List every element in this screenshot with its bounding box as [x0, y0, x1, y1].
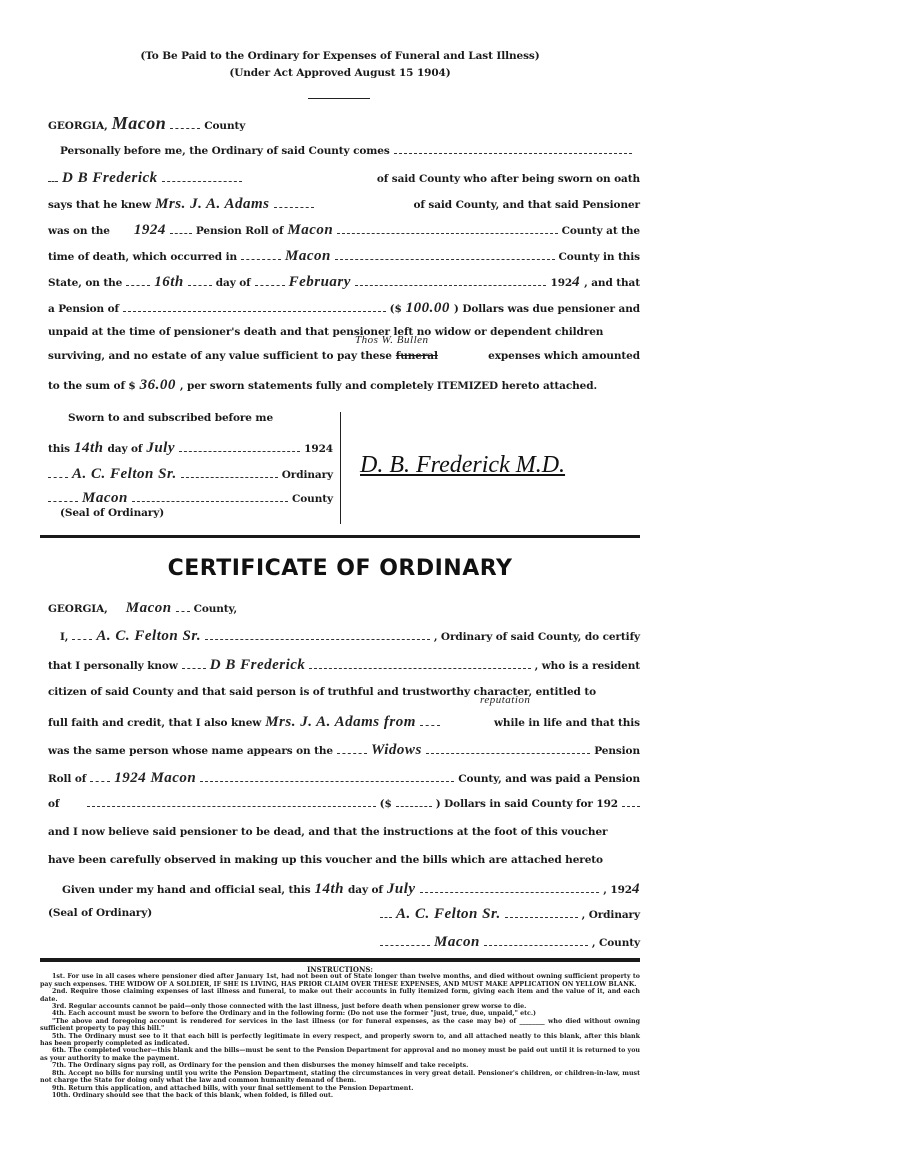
- cert-ordinary-handwritten: A. C. Felton Sr.: [96, 628, 201, 645]
- affidavit-line-affiant: D B Frederick of said County who after b…: [48, 170, 640, 187]
- certificate-county-line: GEORGIA, Macon County,: [48, 600, 640, 617]
- affidavit-line-roll: was on the 1924 Pension Roll of Macon Co…: [48, 222, 640, 239]
- sworn-year: 1924: [304, 443, 333, 455]
- affidavit-line-date: State, on the 16th day of February 1924,…: [48, 274, 640, 291]
- instruction-item: 7th. The Ordinary signs pay roll, as Ord…: [40, 1062, 640, 1069]
- affidavit-county-line: GEORGIA, Macon County: [48, 113, 640, 134]
- instruction-item: 6th. The completed voucher—this blank an…: [40, 1047, 640, 1062]
- insertion-handwritten: Thos W. Bullen: [355, 334, 429, 346]
- instruction-item: 1st. For use in all cases where pensione…: [40, 973, 640, 988]
- certificate-line-faith: full faith and credit, that I also knew …: [48, 714, 640, 731]
- affidavit-line-death: time of death, which occurred in Macon C…: [48, 248, 640, 265]
- certificate-line-citizen: citizen of said County and that said per…: [48, 686, 640, 698]
- state-label: GEORGIA,: [48, 120, 108, 132]
- certificate-signature-line: A. C. Felton Sr. , Ordinary: [380, 906, 640, 923]
- sworn-county-handwritten: Macon: [82, 490, 128, 507]
- sworn-bracket: [340, 412, 341, 524]
- sworn-day-handwritten: 14th: [74, 440, 104, 457]
- struck-word: funeral: [396, 350, 438, 362]
- certificate-line-roll: Roll of 1924 Macon County, and was paid …: [48, 770, 640, 787]
- cert-roll-handwritten: 1924 Macon: [114, 770, 196, 787]
- pension-voucher-page: (To Be Paid to the Ordinary for Expenses…: [40, 0, 640, 1164]
- knew-insert-handwritten: reputation: [480, 694, 530, 706]
- certificate-line-observed: have been carefully observed in making u…: [48, 854, 640, 866]
- affidavit-line-pension: a Pension of ($ 100.00 ) Dollars was due…: [48, 300, 640, 317]
- given-day-handwritten: 14th: [315, 881, 345, 898]
- sig-county-handwritten: Macon: [434, 934, 480, 951]
- instructions-block: INSTRUCTIONS: 1st. For use in all cases …: [40, 966, 640, 1099]
- known-handwritten: D B Frederick: [210, 657, 306, 674]
- pension-amount-handwritten: 100.00: [406, 300, 450, 317]
- sworn-ordinary-handwritten: A. C. Felton Sr.: [72, 466, 177, 483]
- affidavit-line-unpaid: unpaid at the time of pensioner's death …: [48, 326, 640, 338]
- instructions-divider: [40, 958, 640, 962]
- instruction-item: 5th. The Ordinary must see to it that ea…: [40, 1033, 640, 1048]
- certificate-title: CERTIFICATE OF ORDINARY: [40, 556, 640, 581]
- county-label: County: [204, 120, 245, 132]
- certificate-line-believe: and I now believe said pensioner to be d…: [48, 826, 640, 838]
- sworn-month-handwritten: July: [146, 440, 175, 457]
- affidavit-line-sum: to the sum of $ 36.00 , per sworn statem…: [48, 377, 640, 394]
- header-line-2: (Under Act Approved August 15 1904): [40, 67, 640, 79]
- pensioner-handwritten: Mrs. J. A. Adams: [155, 196, 269, 213]
- instructions-heading: INSTRUCTIONS:: [40, 966, 640, 973]
- given-month-handwritten: July: [387, 881, 416, 898]
- death-county-handwritten: Macon: [285, 248, 331, 265]
- certificate-line-of: of ($ ) Dollars in said County for 192: [48, 798, 640, 810]
- header-line-1: (To Be Paid to the Ordinary for Expenses…: [40, 50, 640, 62]
- knew-handwritten: Mrs. J. A. Adams from: [265, 714, 416, 731]
- cert-county-handwritten: Macon: [126, 600, 172, 617]
- county-handwritten: Macon: [112, 113, 167, 134]
- certificate-line-same: was the same person whose name appears o…: [48, 742, 640, 759]
- instruction-item: 8th. Accept no bills for nursing until y…: [40, 1070, 640, 1085]
- sworn-date-line: this 14th day of July 1924: [48, 440, 333, 457]
- sworn-label: Sworn to and subscribed before me: [68, 412, 273, 424]
- sworn-county-line: Macon County: [48, 490, 333, 507]
- death-day-handwritten: 16th: [154, 274, 184, 291]
- affiant-signature: D. B. Frederick M.D.: [360, 452, 565, 479]
- certificate-sig-county-line: Macon , County: [380, 934, 640, 951]
- sworn-ordinary-line: A. C. Felton Sr. Ordinary: [48, 466, 333, 483]
- affidavit-line-surviving: surviving, and no estate of any value su…: [48, 350, 640, 362]
- instruction-item: 4th. Each account must be sworn to befor…: [40, 1010, 640, 1017]
- certificate-line-know: that I personally know D B Frederick , w…: [48, 657, 640, 674]
- certificate-line-i: I, A. C. Felton Sr. , Ordinary of said C…: [60, 628, 640, 645]
- affidavit-line-personally: Personally before me, the Ordinary of sa…: [60, 145, 640, 157]
- death-month-handwritten: February: [289, 274, 351, 291]
- section-divider: [40, 535, 640, 538]
- roll-year-handwritten: 1924: [134, 222, 166, 239]
- certificate-line-given: Given under my hand and official seal, t…: [62, 881, 640, 898]
- instruction-item: 9th. Return this application, and attach…: [40, 1085, 640, 1092]
- roll-type-handwritten: Widows: [371, 742, 422, 759]
- roll-county-handwritten: Macon: [287, 222, 333, 239]
- instruction-item: "The above and foregoing account is rend…: [40, 1018, 640, 1033]
- certificate-signature: A. C. Felton Sr.: [396, 906, 501, 923]
- instruction-item: 10th. Ordinary should see that the back …: [40, 1092, 640, 1099]
- header-divider: [308, 98, 370, 99]
- sum-handwritten: 36.00: [140, 377, 176, 394]
- instruction-item: 3rd. Regular accounts cannot be paid—onl…: [40, 1003, 640, 1010]
- affidavit-line-knew: says that he knew Mrs. J. A. Adams of sa…: [48, 196, 640, 213]
- instruction-item: 2nd. Require those claiming expenses of …: [40, 988, 640, 1003]
- certificate-seal-label: (Seal of Ordinary): [48, 907, 152, 919]
- affiant-handwritten: D B Frederick: [62, 170, 158, 187]
- sworn-seal-label: (Seal of Ordinary): [60, 507, 164, 519]
